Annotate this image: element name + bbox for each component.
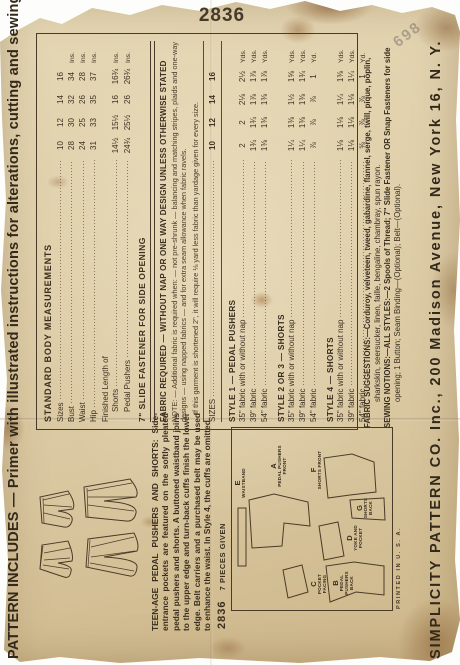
measurement-row-waist: Waist 24 25 26 28 Ins.: [78, 41, 88, 422]
style-1-row-39: 39" fabric 1¾ 1¾ 1⅞ 1⅞ Yds.: [249, 41, 259, 422]
style-description: TEEN-AGE PEDAL PUSHERS AND SHORTS: Side-…: [150, 413, 213, 631]
style-4-heading: STYLE 4 — SHORTS: [326, 41, 335, 422]
style-2-3-row-35: 35" fabric with or without nap 1¼ 1⅜ 1½ …: [287, 41, 297, 422]
pattern-envelope-back: 2836 698 PATTERN INCLUDES — Primer with …: [0, 0, 460, 665]
measurement-row-finished-length: Finished Length of: [101, 41, 111, 422]
style-2-3-row-39: 39" fabric 1¼ 1⅜ 1⅜ 1¾ Yds.: [298, 41, 308, 422]
piece-label-a: A PEDAL PUSHERS FRONT: [270, 440, 288, 492]
piece-label-g: G SHORTS BACK: [356, 492, 374, 524]
pattern-number-layout: 2836: [216, 601, 228, 629]
pieces-given-row: 2836 7 PIECES GIVEN: [216, 523, 228, 629]
measurements-title: STANDARD BODY MEASUREMENTS: [43, 41, 53, 422]
rule: [221, 41, 222, 422]
style-1-row-54: 54" fabric 1⅜ 1⅜ 1⅜ 1⅞ Yds.: [260, 41, 270, 422]
measurement-row-shorts: Shorts 14½ 15½ 16 16¾ Ins.: [111, 41, 121, 422]
rule: [203, 41, 204, 422]
pedal-pushers-back-illustration: [84, 479, 137, 521]
style-1-row-35: 35" fabric with or without nap 2 2 2⅛ 2½…: [238, 41, 248, 422]
piece-d-shape: [319, 522, 344, 560]
measurement-row-sizes: Sizes 10 12 14 16: [56, 41, 66, 422]
style-4-row-39: 39" fabric 1⅛ 1⅛ 1⅛ 1¼ Yds.: [347, 41, 357, 422]
measurement-row-pedal-pushers: Pedal Pushers 24¾ 25½ 26 26¾ Ins.: [123, 41, 133, 422]
fabric-suggestions-line: FABRIC SUGGESTIONS:—Corduroy, velveteen,…: [363, 26, 373, 428]
measurements-yardage-box: STANDARD BODY MEASUREMENTS Sizes 10 12 1…: [36, 33, 358, 430]
shorts-back-illustration: [40, 491, 74, 527]
shorts-front-illustration: [40, 541, 73, 577]
sewing-notions-continued: opening; 1 Button; Seam Binding—(Optiona…: [393, 26, 403, 428]
style-4-row-35: 35" fabric with or without nap 1⅛ 1⅛ 1¼ …: [336, 41, 346, 422]
piece-label-b: B PEDAL PUSHERS BACK: [332, 568, 354, 598]
style-1-heading: STYLE 1 — PEDAL PUSHERS: [228, 41, 237, 422]
garment-illustrations: [34, 463, 151, 593]
style-2-3-row-54: 54" fabric ⅞ ⅞ ⅞ 1 Yd.: [309, 41, 319, 422]
piece-label-d: D YOKE AND POCKET: [346, 518, 364, 558]
pieces-given-label: 7 PIECES GIVEN: [218, 523, 227, 591]
publisher-line: SIMPLICITY PATTERN CO. Inc., 200 Madison…: [428, 3, 444, 659]
shortened-note: If this garment is shortened 2", it will…: [191, 41, 200, 414]
yardage-sizes-row: SIZES 10 12 14 16: [208, 41, 218, 422]
fabric-suggestions-block: FABRIC SUGGESTIONS:—Corduroy, velveteen,…: [363, 26, 404, 428]
piece-label-e: E WAISTBAND: [234, 460, 247, 506]
piece-label-c: C POCKET FACING: [310, 564, 328, 604]
measurement-row-bust: Bust 28 30 32 34 Ins.: [67, 41, 77, 422]
piece-a-shape: [249, 494, 310, 548]
rotated-content: PATTERN INCLUDES — Primer with illustrat…: [0, 0, 460, 665]
sewing-notions-line: SEWING NOTIONS:—ALL STYLES:—2 Spools of …: [383, 26, 393, 428]
piece-e-shape: [238, 508, 246, 566]
slide-fastener-note: 7" SLIDE FASTENER FOR SIDE OPENING: [137, 41, 147, 422]
double-rule: [150, 41, 155, 422]
piece-label-f: F SHORTS FRONT: [310, 450, 323, 490]
cutting-layout-box: E WAISTBAND A PEDAL PUSHERS FRONT C POCK…: [231, 427, 393, 611]
fabric-suggestions-continued: sharkskin, seersucker, linen, faille, be…: [373, 26, 383, 428]
fabric-required-heading: FABRIC REQUIRED — WITHOUT NAP OR ONE WAY…: [159, 41, 168, 422]
pattern-includes-line: PATTERN INCLUDES — Primer with illustrat…: [6, 3, 22, 659]
fabric-note: NOTE: — Additional fabric is required wh…: [170, 41, 188, 422]
style-2-3-heading: STYLE 2 OR 3 — SHORTS: [277, 41, 286, 422]
printed-in-usa: PRINTED IN U. S. A.: [396, 527, 402, 609]
piece-c-shape: [283, 565, 308, 598]
pedal-pushers-front-illustration: [86, 533, 138, 576]
measurement-row-hip: Hip 31 33 35 37 Ins.: [89, 41, 99, 422]
